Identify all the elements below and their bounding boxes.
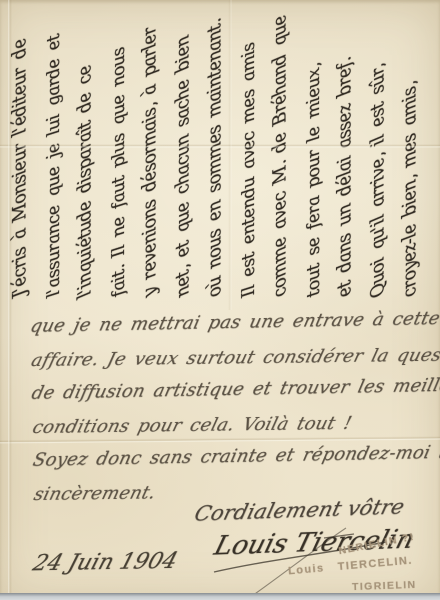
rotated-line-text: comme avec M. de Bréhand que [262,5,298,307]
rotated-line-text: y revenions désormais, à parler [133,18,168,307]
rotated-line-text: net, et que chacun sache bien [165,26,201,308]
rotated-letter-line: et dans un délai assez bref. [329,3,362,297]
letter-body: que je ne mettrai pas une entrave à cett… [26,302,438,511]
rotated-letter-line: tout se fera pour le mieux, [297,3,330,297]
rotated-line-text: l'assurance que je lui garde et [37,26,71,305]
letter-body-line: de diffusion artistique et trouver les m… [28,369,440,410]
scanner-edge-shadow [0,593,440,600]
rotated-line-text: fait. Il ne faut plus que nous [102,39,136,305]
rotated-line-text: croyez-le bien, mes amis, [393,73,428,307]
rotated-letter-page: J'écris à Monsieur l'éditeur de l'assura… [0,3,440,303]
rotated-line-text: l'inquiétude disparaît de ce [67,55,103,308]
rotated-letter-line: net, et que chacun sache bien [167,3,200,297]
letter-scan: J'écris à Monsieur l'éditeur de l'assura… [0,0,440,600]
pencil-annotation: TIGRIELIN [352,579,417,593]
rotated-line-text: et dans un délai assez bref. [328,49,363,307]
rotated-letter-line: l'assurance que je lui garde et [37,3,70,297]
rotated-line-text: Quoi qu'il arrive, il est sûr, [360,55,396,308]
letter-date: 24 Juin 1904 [30,549,181,576]
fold-crease-vertical [8,0,12,600]
rotated-line-text: tout se fera pour le mieux, [297,55,331,305]
rotated-letter-line: l'inquiétude disparaît de ce [69,3,102,297]
rotated-letter-line: fait. Il ne faut plus que nous [102,3,135,297]
fold-crease-horizontal [0,144,440,148]
rotated-letter-line: comme avec M. de Bréhand que [264,3,297,297]
fold-crease-vertical [228,0,232,310]
rotated-letter-line: où nous en sommes maintenant. [199,3,232,297]
rotated-letter-line: Quoi qu'il arrive, il est sûr, [362,3,395,297]
letter-body-line: que je ne mettrai pas une entrave à cett… [27,302,440,343]
rotated-letter-line: Il est entendu avec mes amis [232,3,265,297]
rotated-letter-line: y revenions désormais, à parler [134,3,167,297]
rotated-line-text: Il est entendu avec mes amis [232,34,266,305]
rotated-letter-line: croyez-le bien, mes amis, [394,3,427,297]
